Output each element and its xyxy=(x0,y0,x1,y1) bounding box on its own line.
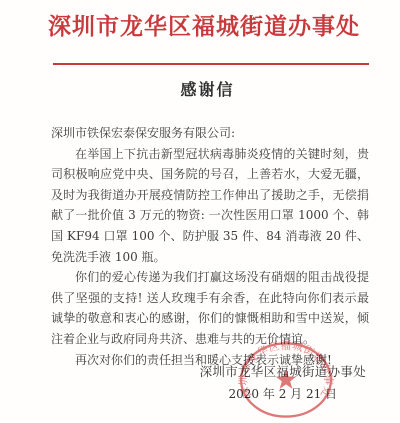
letter-body: 深圳市铁保宏泰保安服务有限公司: 在举国上下抗击新型冠状病毒肺炎疫情的关键时刻，… xyxy=(51,123,369,370)
signature-block: 深圳市龙华区福城街道办事处 2020 年 2 月 21 日 xyxy=(200,364,366,402)
letter-page: 深圳市龙华区福城街道办事处 感谢信 深圳市铁保宏泰保安服务有限公司: 在举国上下… xyxy=(0,0,400,423)
salutation: 深圳市铁保宏泰保安服务有限公司: xyxy=(51,123,369,144)
paragraph-donation: 在举国上下抗击新型冠状病毒肺炎疫情的关键时刻，贵司积极响应党中央、国务院的号召，… xyxy=(51,144,369,268)
signature-date: 2020 年 2 月 21 日 xyxy=(200,386,366,402)
letterhead-org-name: 深圳市龙华区福城街道办事处 xyxy=(0,0,400,42)
paragraph-gratitude: 你们的爱心传递为我们打赢这场没有硝烟的阻击战役提供了坚强的支持! 送人玫瑰手有余… xyxy=(51,267,369,349)
letterhead-divider xyxy=(53,63,369,65)
letter-title: 感谢信 xyxy=(0,81,400,99)
signature-org: 深圳市龙华区福城街道办事处 xyxy=(200,364,366,380)
